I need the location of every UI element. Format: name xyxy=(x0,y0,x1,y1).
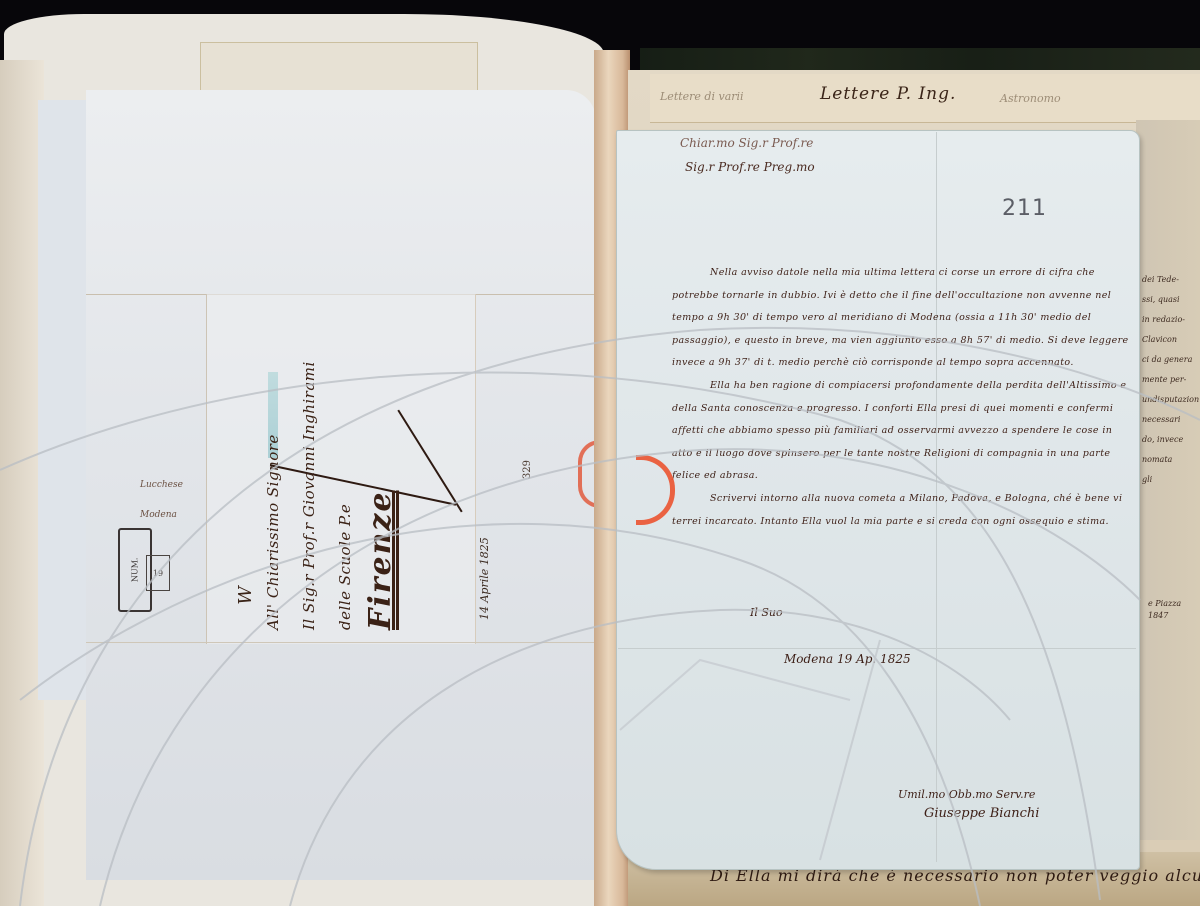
letter-dateline: Modena 19 Ap. 1825 xyxy=(784,652,911,666)
letter-signature: Giuseppe Bianchi xyxy=(924,806,1039,821)
edge-lower-note: e Piazza 1847 xyxy=(1148,598,1200,622)
address-line: All' Chiarissimo Signore xyxy=(255,330,291,630)
salutation-line: Chiar.mo Sig.r Prof.re xyxy=(680,136,813,150)
header-faint-text: Lettere di varii xyxy=(660,90,744,103)
header-title: Lettere P. Ing. xyxy=(820,84,956,104)
margin-note: Lucchese xyxy=(140,470,183,500)
letter-body: Nella avviso datole nella mia ultima let… xyxy=(672,262,1132,533)
left-guard-strip xyxy=(38,100,93,700)
postal-vertical-note: 14 Aprile 1825 xyxy=(478,360,498,620)
edge-note-line: nomata xyxy=(1142,450,1199,470)
edge-note-line: dei Tede- xyxy=(1142,270,1199,290)
vertical-number: 329 xyxy=(522,460,533,479)
letter-paragraph: Scrivervi intorno alla nuova cometa a Mi… xyxy=(672,488,1132,533)
address-block: All' Chiarissimo Signore Il Sig.r Prof.r… xyxy=(255,330,515,630)
address-line: Il Sig.r Prof.r Giovanni Inghirami xyxy=(291,330,327,630)
margin-notes: Lucchese Modena xyxy=(140,470,183,530)
edge-note-line: in redazio- xyxy=(1142,310,1199,330)
fold-line xyxy=(618,648,1136,649)
edge-note-line: ci da genera xyxy=(1142,350,1199,370)
address-city: Firenze xyxy=(363,330,398,630)
letter-closing: Il Suo xyxy=(750,606,783,619)
left-top-tab xyxy=(200,42,478,96)
address-line: delle Scuole P.e xyxy=(327,330,363,630)
archive-stamp-number: 19 xyxy=(146,555,170,591)
edge-notes: dei Tede- ssi, quasi in redazio- Clavico… xyxy=(1142,270,1199,490)
fold-line xyxy=(86,642,596,643)
edge-note-line: ssi, quasi xyxy=(1142,290,1199,310)
edge-note-line: undisputazion xyxy=(1142,390,1199,410)
leaf-mark: W xyxy=(235,586,256,605)
edge-note-line: gli xyxy=(1142,470,1199,490)
edge-note-line: mente per- xyxy=(1142,370,1199,390)
salutation-line: Sig.r Prof.re Preg.mo xyxy=(685,160,815,174)
letter-paragraph: Ella ha ben ragione di compiacersi profo… xyxy=(672,375,1132,488)
letter-paragraph: Nella avviso datole nella mia ultima let… xyxy=(672,262,1132,375)
margin-note: Modena xyxy=(140,500,183,530)
folio-number: 211 xyxy=(1002,196,1047,221)
edge-note-line: do, invece xyxy=(1142,430,1199,450)
edge-note-line: Clavicon xyxy=(1142,330,1199,350)
header-faint-text: Astronomo xyxy=(1000,92,1061,105)
letter-sign-off: Umil.mo Obb.mo Serv.re xyxy=(898,788,1035,801)
edge-note-line: necessari xyxy=(1142,410,1199,430)
